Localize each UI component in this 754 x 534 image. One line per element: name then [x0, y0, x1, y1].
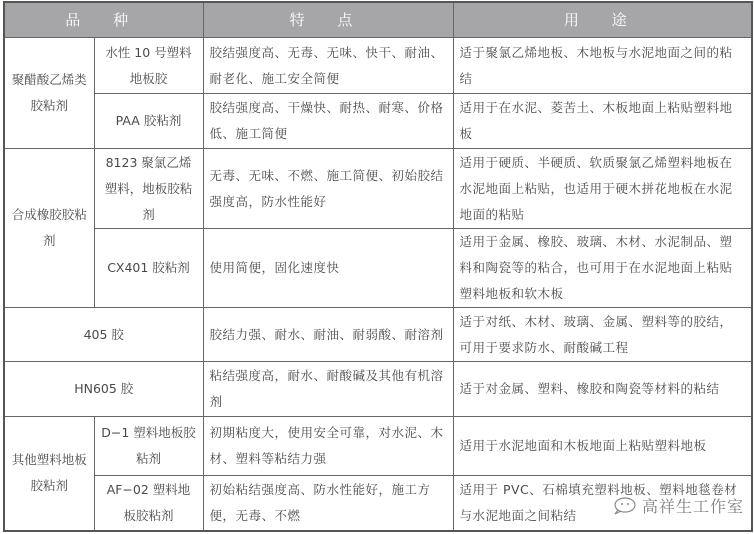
features-cell: 胶结力强、耐水、耐油、耐弱酸、耐溶剂 [203, 308, 453, 362]
table-row: PAA 胶粘剂 胶结强度高、干燥快、耐热、耐寒、价格低、施工简便 适用于在水泥、… [4, 94, 752, 149]
table-row: 其他塑料地板胶粘剂 D−1 塑料地板胶粘剂 初期粘度大，使用安全可靠，对水泥、木… [4, 417, 752, 476]
header-variety: 品 种 [4, 2, 203, 38]
category-cell: 合成橡胶胶粘剂 [4, 149, 94, 308]
adhesive-table: 品 种 特 点 用 途 聚醋酸乙烯类胶粘剂 水性 10 号塑料地板胶 胶结强度高… [3, 1, 753, 532]
features-cell: 胶结强度高、无毒、无味、快干、耐油、耐老化、施工安全简便 [203, 38, 453, 94]
table-row: AF−02 塑料地板胶粘剂 初始粘结强度高、防水性能好，施工方便，无毒、不燃 适… [4, 476, 752, 531]
uses-cell: 适于对金属、塑料、橡胶和陶瓷等材料的粘结 [453, 362, 752, 417]
features-cell: 无毒、无味、不燃、施工简便、初始胶结强度高，防水性能好 [203, 149, 453, 229]
uses-cell: 适用于金属、橡胶、玻璃、木材、水泥制品、塑料和陶瓷等的粘合，也可用于在水泥地面上… [453, 229, 752, 308]
uses-cell: 适用于水泥地面和木板地面上粘贴塑料地板 [453, 417, 752, 476]
category-cell: HN605 胶 [4, 362, 203, 417]
category-cell: 聚醋酸乙烯类胶粘剂 [4, 38, 94, 149]
uses-cell: 适用于在水泥、菱苦土、木板地面上粘贴塑料地板 [453, 94, 752, 149]
category-cell: 405 胶 [4, 308, 203, 362]
features-cell: 初始粘结强度高、防水性能好，施工方便，无毒、不燃 [203, 476, 453, 531]
category-cell: 其他塑料地板胶粘剂 [4, 417, 94, 531]
features-cell: 初期粘度大，使用安全可靠，对水泥、木材、塑料等粘结力强 [203, 417, 453, 476]
table-row: 聚醋酸乙烯类胶粘剂 水性 10 号塑料地板胶 胶结强度高、无毒、无味、快干、耐油… [4, 38, 752, 94]
product-cell: AF−02 塑料地板胶粘剂 [94, 476, 203, 531]
features-cell: 胶结强度高、干燥快、耐热、耐寒、价格低、施工简便 [203, 94, 453, 149]
header-uses: 用 途 [453, 2, 752, 38]
product-cell: 8123 聚氯乙烯塑料，地板胶粘剂 [94, 149, 203, 229]
product-cell: 水性 10 号塑料地板胶 [94, 38, 203, 94]
product-cell: CX401 胶粘剂 [94, 229, 203, 308]
table-row: CX401 胶粘剂 使用简便，固化速度快 适用于金属、橡胶、玻璃、木材、水泥制品… [4, 229, 752, 308]
uses-cell: 适用于 PVC、石棉填充塑料地板、塑料地毯卷材与水泥地面之间粘结 [453, 476, 752, 531]
table-row: HN605 胶 粘结强度高，耐水、耐酸碱及其他有机溶剂 适于对金属、塑料、橡胶和… [4, 362, 752, 417]
table-row: 405 胶 胶结力强、耐水、耐油、耐弱酸、耐溶剂 适于对纸、木材、玻璃、金属、塑… [4, 308, 752, 362]
uses-cell: 适用于硬质、半硬质、软质聚氯乙烯塑料地板在水泥地面上粘贴，也适用于硬木拼花地板在… [453, 149, 752, 229]
features-cell: 粘结强度高，耐水、耐酸碱及其他有机溶剂 [203, 362, 453, 417]
uses-cell: 适于聚氯乙烯地板、木地板与水泥地面之间的粘结 [453, 38, 752, 94]
table-row: 合成橡胶胶粘剂 8123 聚氯乙烯塑料，地板胶粘剂 无毒、无味、不燃、施工简便、… [4, 149, 752, 229]
uses-cell: 适于对纸、木材、玻璃、金属、塑料等的胶结，可用于要求防水、耐酸碱工程 [453, 308, 752, 362]
features-cell: 使用简便，固化速度快 [203, 229, 453, 308]
header-features: 特 点 [203, 2, 453, 38]
product-cell: D−1 塑料地板胶粘剂 [94, 417, 203, 476]
product-cell: PAA 胶粘剂 [94, 94, 203, 149]
header-row: 品 种 特 点 用 途 [4, 2, 752, 38]
